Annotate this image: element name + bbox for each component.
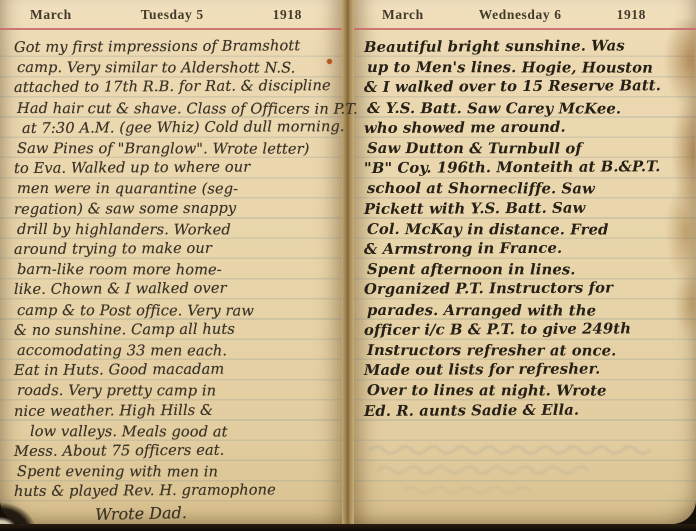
red-dot-mark: [327, 59, 332, 64]
book-gutter: [342, 0, 354, 524]
entry-line: roads. Very pretty camp in: [17, 381, 342, 402]
header-day: Wednesday 6: [479, 7, 562, 23]
diary-entry-right: Beautiful bright sunshine. Wasup to Men'…: [354, 30, 696, 422]
entry-closing-line: Wrote Dad.: [0, 501, 282, 526]
page-header-right: March Wednesday 6 1918: [354, 0, 696, 28]
entry-line: Over to lines at night. Wrote: [367, 381, 696, 402]
header-year: 1918: [617, 7, 646, 23]
entry-line: & Armstrong in France.: [364, 238, 696, 260]
entry-line: officer i/c B & P.T. to give 249th: [364, 319, 696, 341]
entry-line: attached to 17th R.B. for Rat. & discipl…: [14, 76, 342, 98]
entry-line: Organized P.T. Instructors for: [364, 278, 696, 300]
entry-line: Made out lists for refresher.: [364, 359, 696, 381]
entry-line: nice weather. High Hills &: [14, 400, 342, 422]
header-month: March: [382, 7, 424, 23]
header-month: March: [30, 7, 72, 23]
entry-line: around trying to make our: [14, 238, 342, 260]
header-year: 1918: [273, 7, 302, 23]
entry-line: Eat in Huts. Good macadam: [14, 359, 342, 381]
entry-line: huts & played Rev. H. gramophone: [14, 480, 342, 502]
bleed-through-ghost-text: [364, 442, 674, 508]
book-cover-edge: [0, 524, 696, 531]
entry-line: men were in quarantine (seg-: [17, 179, 342, 200]
entry-line: & no sunshine. Camp all huts: [14, 319, 342, 341]
entry-line: at 7:30 A.M. (gee Whiz) Cold dull mornin…: [22, 117, 342, 139]
diary-page-left: March Tuesday 5 1918 Got my first impres…: [0, 0, 342, 524]
entry-line: Ed. R. aunts Sadie & Ella.: [364, 400, 696, 422]
entry-line: Mess. About 75 officers eat.: [14, 440, 342, 462]
entry-line: "B" Coy. 196th. Monteith at B.&P.T.: [364, 157, 696, 179]
diary-page-right: March Wednesday 6 1918 Beautiful bright …: [354, 0, 696, 524]
header-day: Tuesday 5: [141, 7, 204, 23]
entry-line: who showed me around.: [364, 117, 696, 139]
entry-line: & I walked over to 15 Reserve Batt.: [364, 76, 696, 98]
entry-line: Beautiful bright sunshine. Was: [364, 36, 696, 58]
entry-line: like. Chown & I walked over: [14, 278, 342, 300]
entry-line: to Eva. Walked up to where our: [14, 157, 342, 179]
diary-entry-left: Got my first impressions of Bramshottcam…: [0, 30, 342, 503]
page-header-left: March Tuesday 5 1918: [0, 0, 342, 28]
entry-line: school at Shornecliffe. Saw: [367, 179, 696, 200]
entry-line: Got my first impressions of Bramshott: [14, 36, 342, 58]
entry-line: Pickett with Y.S. Batt. Saw: [364, 198, 696, 220]
diary-book: March Tuesday 5 1918 Got my first impres…: [0, 0, 696, 531]
entry-line: regation) & saw some snappy: [14, 198, 342, 220]
